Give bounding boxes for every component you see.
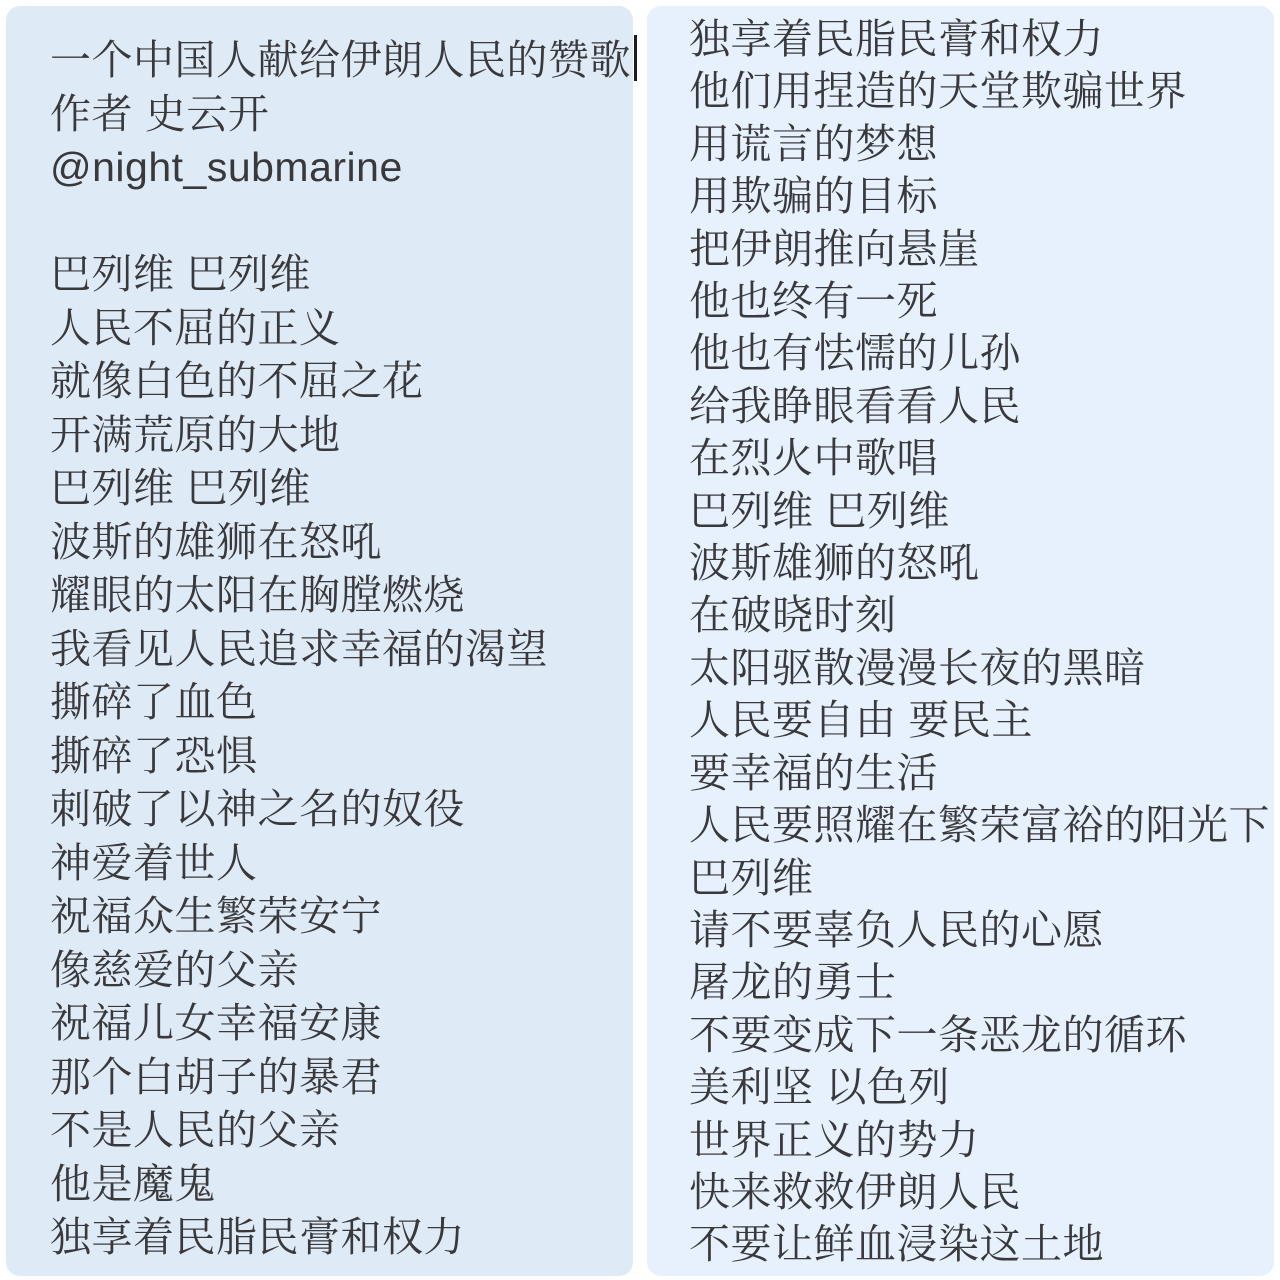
poem-line: 给我睁眼看看人民 — [689, 380, 1274, 432]
poem-line: 不要让鲜血浸染这土地 — [689, 1218, 1274, 1270]
poem-line: 人民要照耀在繁荣富裕的阳光下 — [689, 799, 1274, 851]
poem-line: 他们用捏造的天堂欺骗世界 — [689, 65, 1274, 117]
poem-line: 神爱着世人 — [50, 837, 633, 891]
poem-line: 巴列维 巴列维 — [50, 462, 633, 516]
poem-line: 耀眼的太阳在胸膛燃烧 — [50, 569, 633, 623]
poem-line: 屠龙的勇士 — [689, 956, 1274, 1008]
poem-line: 用欺骗的目标 — [689, 170, 1274, 222]
poem-line: 巴列维 巴列维 — [50, 248, 633, 302]
left-poem-lines: 巴列维 巴列维人民不屈的正义就像白色的不屈之花开满荒原的大地巴列维 巴列维波斯的… — [50, 248, 633, 1265]
poem-line: 人民要自由 要民主 — [689, 694, 1274, 746]
poem-line: 祝福儿女幸福安康 — [50, 997, 633, 1051]
poem-title-line: 一个中国人献给伊朗人民的赞歌 — [50, 34, 633, 88]
page: 一个中国人献给伊朗人民的赞歌 作者 史云开 @night_submarine 巴… — [0, 0, 1280, 1280]
poem-line: 世界正义的势力 — [689, 1114, 1274, 1166]
poem-line: 独享着民脂民膏和权力 — [50, 1211, 633, 1265]
poem-line: 人民不屈的正义 — [50, 302, 633, 356]
poem-line: 巴列维 — [689, 852, 1274, 904]
poem-line: 像慈爱的父亲 — [50, 944, 633, 998]
poem-line: 把伊朗推向悬崖 — [689, 223, 1274, 275]
poem-line: 在破晓时刻 — [689, 589, 1274, 641]
poem-line: 刺破了以神之名的奴役 — [50, 783, 633, 837]
poem-line: 他也终有一死 — [689, 275, 1274, 327]
poem-line: 祝福众生繁荣安宁 — [50, 890, 633, 944]
poem-line: 要幸福的生活 — [689, 747, 1274, 799]
poem-line: 巴列维 巴列维 — [689, 485, 1274, 537]
poem-title: 一个中国人献给伊朗人民的赞歌 — [50, 37, 631, 83]
poem-handle-line: @night_submarine — [50, 141, 633, 195]
poem-line: 我看见人民追求幸福的渴望 — [50, 623, 633, 677]
poem-line: 他也有怯懦的儿孙 — [689, 327, 1274, 379]
right-text-column[interactable]: 独享着民脂民膏和权力他们用捏造的天堂欺骗世界用谎言的梦想用欺骗的目标把伊朗推向悬… — [647, 6, 1274, 1276]
poem-line: 独享着民脂民膏和权力 — [689, 13, 1274, 65]
poem-line: 不是人民的父亲 — [50, 1104, 633, 1158]
left-text-column[interactable]: 一个中国人献给伊朗人民的赞歌 作者 史云开 @night_submarine 巴… — [6, 6, 633, 1276]
poem-line: 他是魔鬼 — [50, 1158, 633, 1212]
poem-line: 就像白色的不屈之花 — [50, 355, 633, 409]
poem-line: 用谎言的梦想 — [689, 118, 1274, 170]
poem-line: 太阳驱散漫漫长夜的黑暗 — [689, 642, 1274, 694]
right-poem-lines: 独享着民脂民膏和权力他们用捏造的天堂欺骗世界用谎言的梦想用欺骗的目标把伊朗推向悬… — [689, 13, 1274, 1271]
poem-line: 撕碎了恐惧 — [50, 730, 633, 784]
poem-line: 在烈火中歌唱 — [689, 432, 1274, 484]
poem-line: 请不要辜负人民的心愿 — [689, 904, 1274, 956]
poem-line: 快来救救伊朗人民 — [689, 1166, 1274, 1218]
poem-line: 开满荒原的大地 — [50, 409, 633, 463]
poem-line: 波斯雄狮的怒吼 — [689, 537, 1274, 589]
poem-line: 那个白胡子的暴君 — [50, 1051, 633, 1105]
poem-line: 不要变成下一条恶龙的循环 — [689, 1009, 1274, 1061]
poem-line: 美利坚 以色列 — [689, 1061, 1274, 1113]
poem-author-line: 作者 史云开 — [50, 88, 633, 142]
poem-line: 撕碎了血色 — [50, 676, 633, 730]
blank-line — [50, 195, 633, 249]
text-caret — [634, 35, 637, 81]
poem-line: 波斯的雄狮在怒吼 — [50, 516, 633, 570]
